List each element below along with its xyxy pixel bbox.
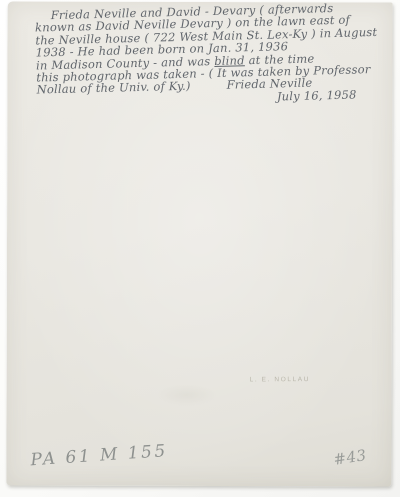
photo-back-paper: Frieda Neville and David - Devary ( afte… bbox=[6, 1, 392, 486]
photographer-stamp: L. E. NOLLAU bbox=[250, 376, 310, 383]
note-line-7-text: Nollau of the Univ. of Ky.) bbox=[36, 80, 190, 96]
archive-number-pencil: PA 61 M 155 bbox=[30, 441, 168, 470]
scan-background: Frieda Neville and David - Devary ( afte… bbox=[0, 0, 400, 497]
paper-smudge bbox=[157, 384, 217, 406]
item-number-pencil: #43 bbox=[332, 446, 368, 469]
note-date: July 16, 1958 bbox=[277, 87, 385, 102]
handwritten-note: Frieda Neville and David - Devary ( afte… bbox=[35, 1, 385, 109]
